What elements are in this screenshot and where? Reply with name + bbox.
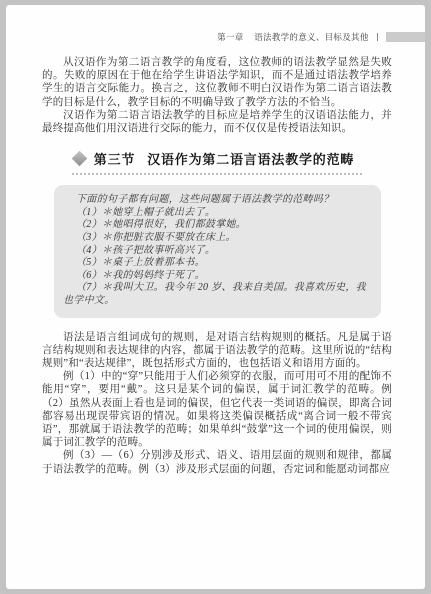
book-page: 第一章 语法教学的意义、目标及其他 5 从汉语作为第二语言教学的角度看，这位教师… bbox=[6, 5, 425, 589]
example-box: 下面的句子都有问题，这些问题属于语法教学的范畴吗？ （1）＊她穿上帽子就出去了。… bbox=[54, 185, 381, 317]
example-item: （5）＊桌子上放着那本书。 bbox=[63, 257, 366, 270]
diamond-icon bbox=[72, 151, 88, 167]
example-box-intro: 下面的句子都有问题，这些问题属于语法教学的范畴吗？ bbox=[63, 194, 366, 207]
chapter-label: 第一章 bbox=[217, 32, 243, 42]
section-number: 第三节 bbox=[94, 152, 135, 167]
section-title-text: 汉语作为第二语言语法教学的范畴 bbox=[147, 152, 354, 167]
paragraph: 汉语作为第二语言语法教学的目标应是培养学生的汉语语法能力，并最终提高他们用汉语进… bbox=[42, 109, 392, 135]
section-title: 第三节汉语作为第二语言语法教学的范畴 bbox=[94, 149, 354, 168]
example-item: （7）＊我叫大卫。我今年 20 岁、我来自美国。我喜欢历史，我也学中文。 bbox=[63, 282, 366, 307]
example-item: （1）＊她穿上帽子就出去了。 bbox=[63, 207, 366, 220]
paragraph: 从汉语作为第二语言教学的角度看，这位教师的语法教学显然是失败的。失败的原因在于他… bbox=[42, 56, 392, 109]
header-divider bbox=[377, 33, 378, 41]
example-item: （2）＊她唱得很好，我们都鼓掌她。 bbox=[63, 219, 366, 232]
example-item: （6）＊我的妈妈终于死了。 bbox=[63, 270, 366, 283]
paragraph: 例（3）—（6）分别涉及形式、语义、语用层面的规则和规律，都属于语法教学的范畴。… bbox=[42, 449, 392, 475]
scanned-page-frame: 第一章 语法教学的意义、目标及其他 5 从汉语作为第二语言教学的角度看，这位教师… bbox=[0, 0, 431, 594]
page-header: 第一章 语法教学的意义、目标及其他 5 bbox=[42, 31, 392, 43]
section-heading: 第三节汉语作为第二语言语法教学的范畴 bbox=[72, 149, 362, 175]
example-item: （4）＊孩子把故事听高兴了。 bbox=[63, 245, 366, 258]
paragraph: 例（1）中的“穿”只能用于人们必须穿的衣服，而可用可不用的配饰不能用“穿”，要用… bbox=[42, 370, 392, 449]
example-item: （3）＊你把脏衣服不要放在床上。 bbox=[63, 232, 366, 245]
paragraph: 语法是语言组词成句的规则，是对语言结构规则的概括。凡是属于语言结构规则和表达规律… bbox=[42, 331, 392, 371]
chapter-title: 语法教学的意义、目标及其他 bbox=[254, 32, 368, 42]
header-decoration-bar bbox=[386, 32, 425, 42]
